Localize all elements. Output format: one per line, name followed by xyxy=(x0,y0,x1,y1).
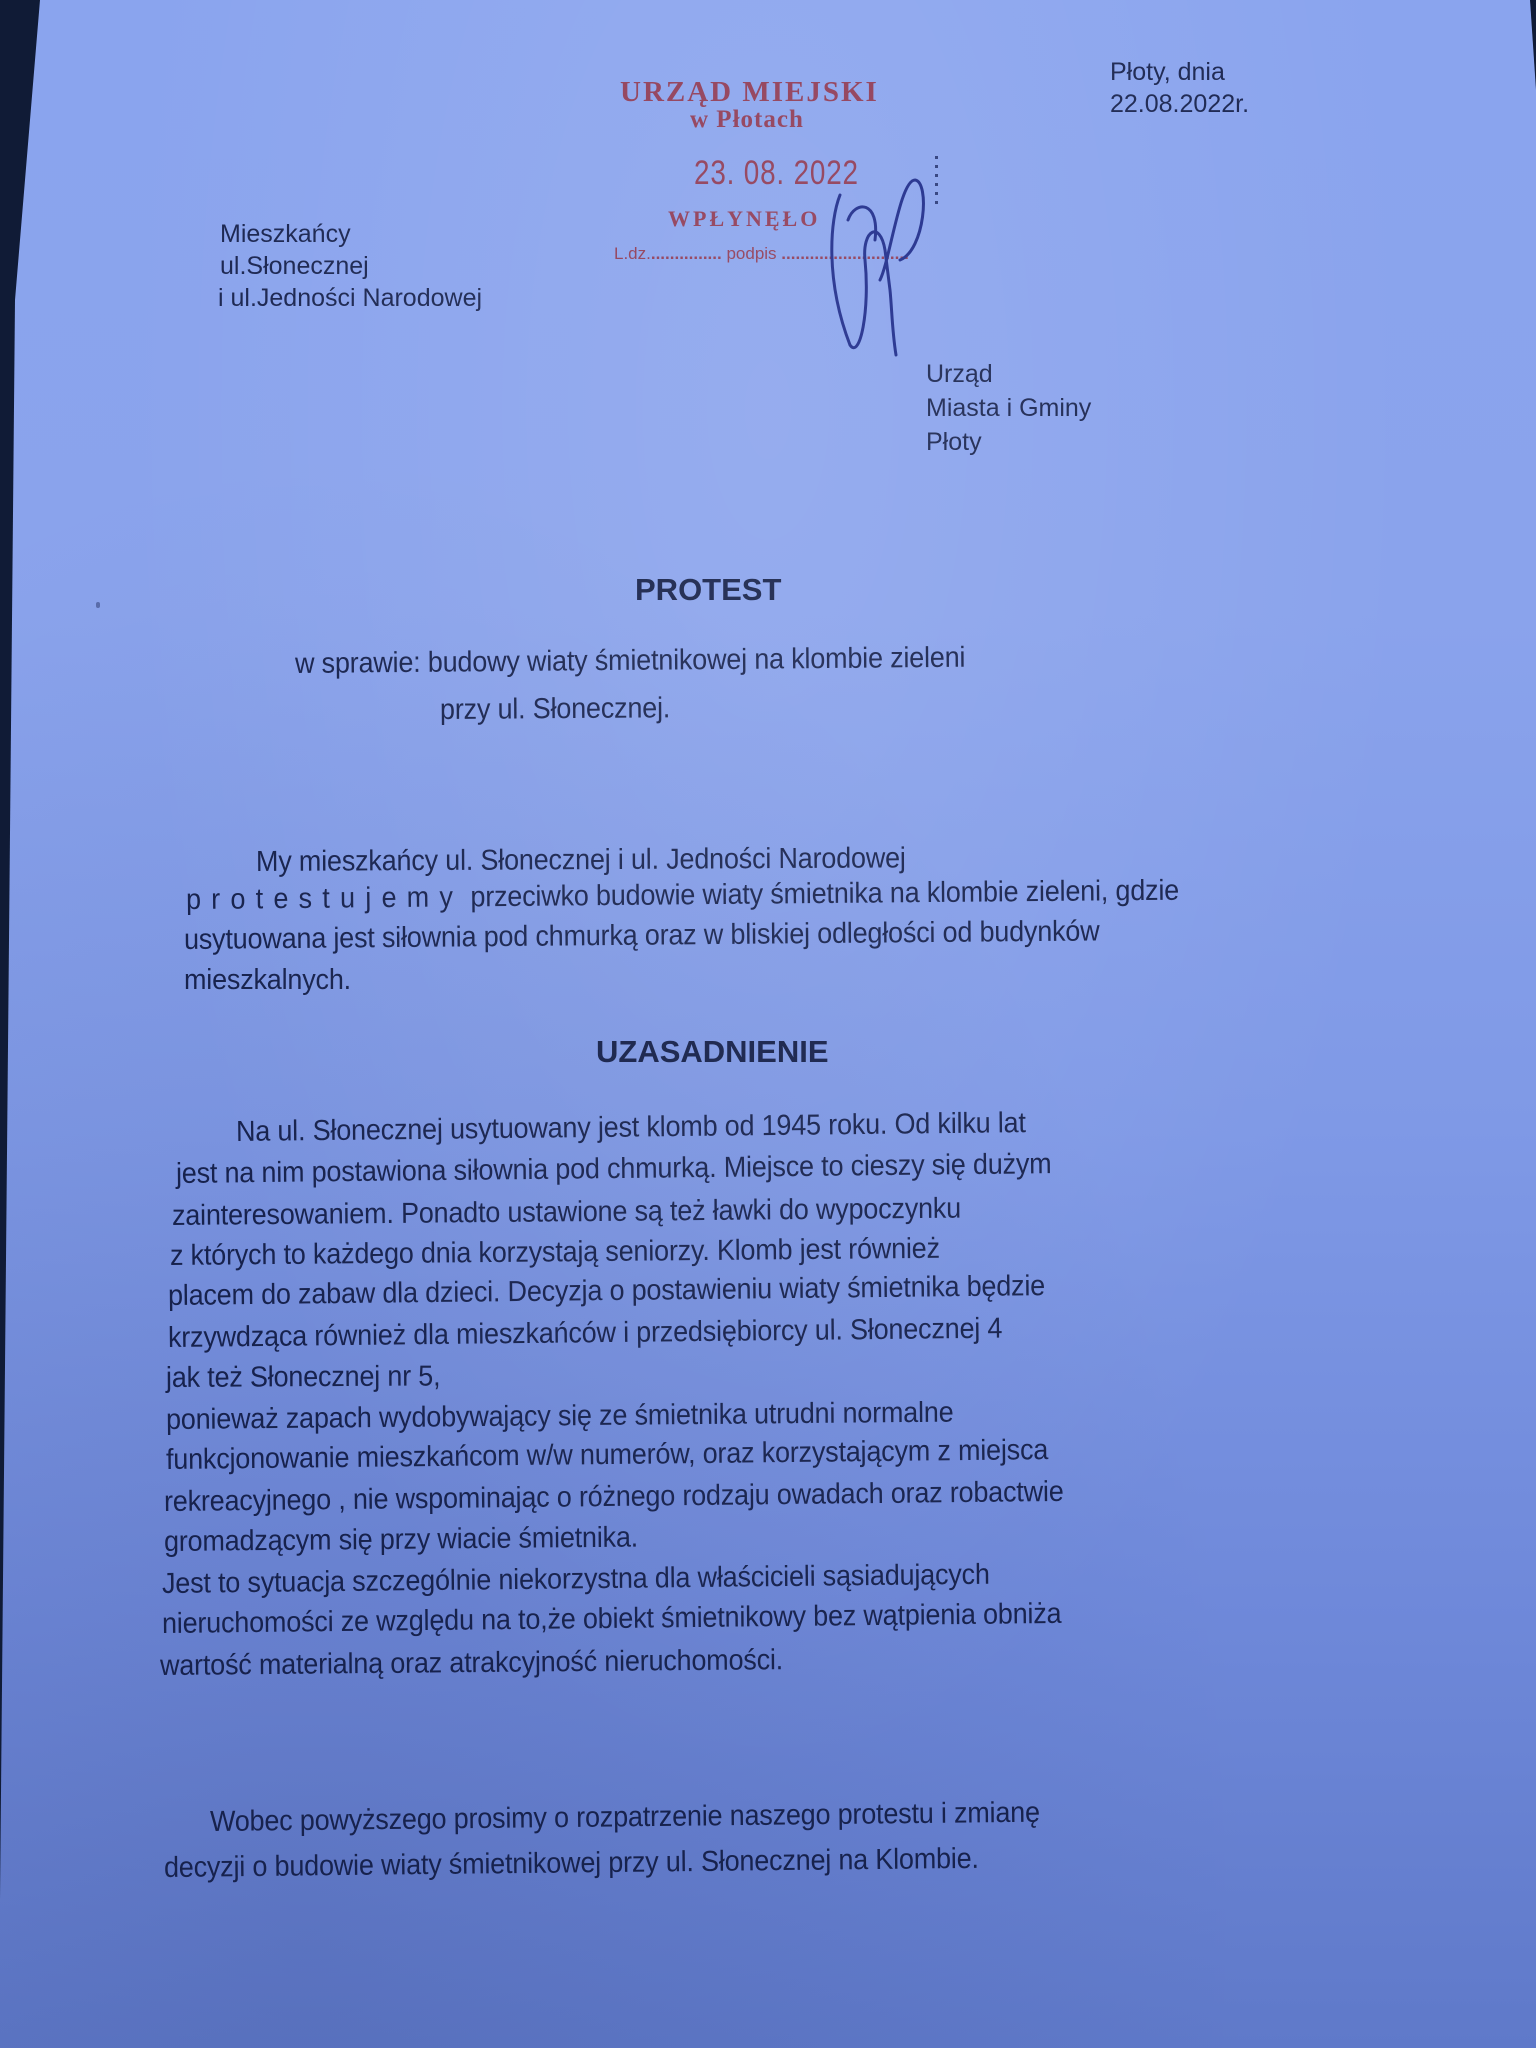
justification-line: funkcjonowanie mieszkańcom w/w numerów, … xyxy=(166,1434,1048,1477)
paper-speck xyxy=(96,602,100,608)
justification-line: ponieważ zapach wydobywający się ze śmie… xyxy=(166,1397,954,1437)
document-title: PROTEST xyxy=(635,572,781,608)
intro-line2-rest: przeciwko budowie wiaty śmietnika na klo… xyxy=(470,875,1179,914)
justification-line: nieruchomości ze względu na to,że obiekt… xyxy=(162,1598,1062,1641)
justification-line: Na ul. Słonecznej usytuowany jest klomb … xyxy=(236,1107,1026,1149)
subject-line1: w sprawie: budowy wiaty śmietnikowej na … xyxy=(295,642,966,681)
stamp-ldz-dots: ............... xyxy=(651,244,722,263)
justification-line: krzywdząca również dla mieszkańców i prz… xyxy=(168,1313,1003,1355)
sender-line1: Mieszkańcy xyxy=(220,218,482,250)
recipient-block: Urząd Miasta i Gminy Płoty xyxy=(926,357,1091,459)
intro-protestujemy: protestujemy xyxy=(186,881,463,916)
closing-line2: decyzji o budowie wiaty śmietnikowej prz… xyxy=(164,1843,979,1885)
stamp-ldz-label: L.dz. xyxy=(614,244,651,263)
sender-line2: ul.Słonecznej xyxy=(220,250,482,282)
closing-line1: Wobec powyższego prosimy o rozpatrzenie … xyxy=(210,1797,1040,1839)
paper-sheet: Płoty, dnia 22.08.2022r. URZĄD MIEJSKI w… xyxy=(0,0,1536,2048)
subject-line2: przy ul. Słonecznej. xyxy=(440,692,670,727)
stamp-office-line2: w Płotach xyxy=(690,106,804,134)
justification-heading: UZASADNIENIE xyxy=(596,1034,829,1070)
recipient-line3: Płoty xyxy=(926,425,1091,459)
stamp-signature-label: podpis xyxy=(726,244,776,263)
intro-line2: protestujemy przeciwko budowie wiaty śmi… xyxy=(186,875,1179,917)
document-photo: Płoty, dnia 22.08.2022r. URZĄD MIEJSKI w… xyxy=(0,0,1536,2048)
place-date: Płoty, dnia 22.08.2022r. xyxy=(1110,56,1249,120)
justification-line: placem do zabaw dla dzieci. Decyzja o po… xyxy=(168,1270,1045,1313)
justification-line: jest na nim postawiona siłownia pod chmu… xyxy=(176,1148,1052,1191)
justification-line: z których to każdego dnia korzystają sen… xyxy=(170,1233,940,1273)
sender-line3: i ul.Jedności Narodowej xyxy=(218,282,482,314)
stamp-received: WPŁYNĘŁO xyxy=(668,206,820,232)
justification-line: Jest to sytuacja szczególnie niekorzystn… xyxy=(162,1559,990,1601)
recipient-line1: Urząd xyxy=(926,357,1091,391)
justification-line: gromadzącym się przy wiacie śmietnika. xyxy=(164,1522,638,1559)
place-date-line1: Płoty, dnia xyxy=(1110,56,1249,88)
stamp-office-line1: URZĄD MIEJSKI xyxy=(620,76,879,109)
justification-line: jak też Słonecznej nr 5, xyxy=(166,1360,441,1395)
intro-line3: usytuowana jest siłownia pod chmurką ora… xyxy=(184,915,1100,957)
justification-line: wartość materialną oraz atrakcyjność nie… xyxy=(160,1644,783,1683)
handwritten-signature xyxy=(820,160,950,360)
sender-block: Mieszkańcy ul.Słonecznej i ul.Jedności N… xyxy=(220,218,482,314)
place-date-line2: 22.08.2022r. xyxy=(1110,88,1249,120)
recipient-line2: Miasta i Gminy xyxy=(926,391,1091,425)
intro-line4: mieszkalnych. xyxy=(184,964,351,997)
justification-line: rekreacyjnego , nie wspominając o różneg… xyxy=(164,1476,1064,1519)
justification-line: zainteresowaniem. Ponadto ustawione są t… xyxy=(172,1193,961,1233)
intro-line1: My mieszkańcy ul. Słonecznej i ul. Jedno… xyxy=(256,842,906,879)
